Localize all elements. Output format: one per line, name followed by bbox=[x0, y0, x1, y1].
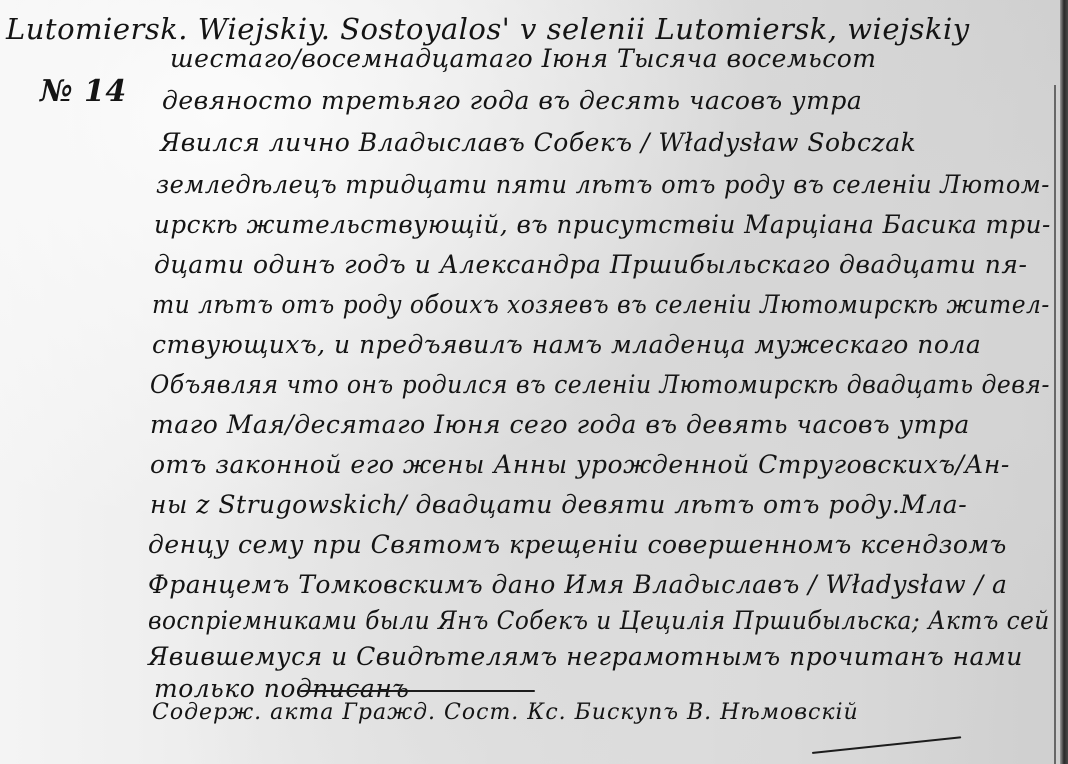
signature-flourish bbox=[812, 736, 961, 754]
record-line-10: таго Мая/десятаго Іюня сего года въ девя… bbox=[150, 410, 970, 439]
page-edge-shadow bbox=[1060, 0, 1068, 764]
underline-flourish bbox=[300, 690, 535, 692]
record-line-16: Явившемуся и Свидѣтелямъ неграмотнымъ пр… bbox=[148, 642, 1023, 671]
scanned-document-page: Lutomiersk. Wiejskiy. Sostoyalos' v sele… bbox=[0, 0, 1068, 764]
record-line-17: только подписанъ bbox=[154, 674, 409, 703]
record-line-15: воспріемниками были Янъ Собекъ и Цецилія… bbox=[148, 606, 1050, 635]
record-number: № 14 bbox=[40, 74, 127, 109]
record-line-2: девяносто третьяго года въ десять часовъ… bbox=[162, 86, 862, 115]
record-line-12: ны z Strugowskich/ двадцати девяти лѣтъ … bbox=[150, 490, 967, 519]
record-line-9: Объявляя что онъ родился въ селеніи Люто… bbox=[150, 370, 1050, 399]
record-line-7: ти лѣтъ отъ роду обоихъ хозяевъ въ селен… bbox=[152, 290, 1050, 319]
record-header-line: Lutomiersk. Wiejskiy. Sostoyalos' v sele… bbox=[6, 12, 970, 46]
record-line-8: ствующихъ, и предъявилъ намъ младенца му… bbox=[152, 330, 981, 359]
record-line-5: ирскѣ жительствующій, въ присутствіи Мар… bbox=[154, 210, 1051, 239]
page-margin-rule bbox=[1054, 85, 1056, 764]
record-line-13: денцу сему при Святомъ крещеніи совершен… bbox=[148, 530, 1007, 559]
record-line-6: дцати одинъ годъ и Александра Пршибыльск… bbox=[154, 250, 1027, 279]
record-line-3: Явился лично Владыславъ Собекъ / Władysł… bbox=[160, 128, 916, 157]
record-line-14: Францемъ Томковскимъ дано Имя Владыславъ… bbox=[148, 570, 1007, 599]
signature-line: Содерж. акта Гражд. Сост. Кс. Бискупъ В.… bbox=[152, 700, 859, 725]
record-line-11: отъ законной его жены Анны урожденной Ст… bbox=[150, 450, 1010, 479]
record-line-4: земледѣлецъ тридцати пяти лѣтъ отъ роду … bbox=[156, 170, 1050, 199]
record-line-1: шестаго/восемнадцатаго Іюня Тысяча восем… bbox=[170, 44, 876, 73]
